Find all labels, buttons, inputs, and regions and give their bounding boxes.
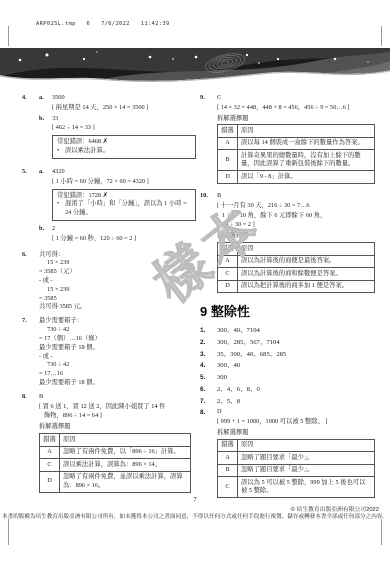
mistake-table-title: 拆解選擇題 xyxy=(39,423,196,432)
part-label: a. xyxy=(39,94,52,114)
print-job-header: ARP02SL.tmp 6 7/6/2022 11:42:39 xyxy=(36,21,170,27)
answer-value: D xyxy=(217,408,380,417)
worked-solution: 共可得： 15 × 239 = 3585（元） - 或 - 15 × 239 =… xyxy=(39,251,196,313)
option-cell: D xyxy=(218,171,238,184)
section-item: 1. 300、40、7104 xyxy=(200,326,380,335)
reason-cell: 忽略了有兩件免費，以「896 ÷ 16」計算。 xyxy=(60,446,191,459)
mistake-table-title: 拆解選擇題 xyxy=(217,232,380,241)
table-row: C 誤以為 5 可以被 5 整除，999 加上 5 後也可以被 5 整除。 xyxy=(218,477,375,498)
common-mistake-box: 常犯錯誤：1728 ✗ •混淆了「小時」和「分鐘」，誤以為 1 小時 = 24 … xyxy=(52,189,196,221)
question-number: 10. xyxy=(200,192,217,296)
question-10: 10. B [ 十一月有 30 天，216 ÷ 30 = 7…6 1 元 = 1… xyxy=(200,192,380,296)
reason-cell: 忽略了題目要求「最少」。 xyxy=(238,452,375,465)
mistake-table-q9: 錯選 原因 A 誤以每 14 個裝成一盒餘下的數量作為答案。 B 計算奇異果的總… xyxy=(217,124,375,184)
common-mistake-box: 常犯錯誤：6468 ✗ •誤以乘法計算。 xyxy=(52,135,196,159)
answer-value: 300、285、567、7104 xyxy=(217,338,280,347)
work-line: 15 × 239 xyxy=(39,259,196,268)
work-line: = 17…16 xyxy=(39,370,196,379)
question-5: 5. a. 4320 [ 1 小時 = 60 分鐘，72 × 60 = 4320… xyxy=(22,168,196,246)
option-cell: C xyxy=(218,268,238,281)
work-line: 15 × 239 xyxy=(39,286,196,295)
question-number: 5. xyxy=(22,168,39,246)
solution-note: 60 ÷ 30 = 2 ] xyxy=(217,221,380,230)
question-9: 9. C [ 14 × 32 = 448，448 + 8 = 456，456 ÷… xyxy=(200,94,380,187)
option-cell: A xyxy=(218,452,238,465)
mistake-table-q8: 錯選 原因 A 忽略了有兩件免費，以「896 ÷ 16」計算。 C 誤以乘法計算… xyxy=(39,433,191,493)
decorative-starry-banner xyxy=(0,46,390,88)
solution-note: [ 買 6 送 1，買 12 送 2，因此陳小姐買了 14 件 xyxy=(39,403,196,412)
reason-cell: 誤以每 14 個裝成一盒餘下的數量作為答案。 xyxy=(238,137,375,150)
question-8: 8. B [ 買 6 送 1，買 12 送 2，因此陳小姐買了 14 件 飾物，… xyxy=(22,393,196,496)
work-line: = 3585（元） xyxy=(39,268,196,277)
section-item: 7. 2、5、8 xyxy=(200,397,380,406)
column-header: 原因 xyxy=(238,243,375,256)
work-line: = 17（個）…16（條） xyxy=(39,335,196,344)
part-a: a. 4320 [ 1 小時 = 60 分鐘，72 × 60 = 4320 ] … xyxy=(39,168,196,224)
question-number: 4. xyxy=(22,94,39,163)
column-header: 原因 xyxy=(238,125,375,138)
crop-mark xyxy=(8,26,9,46)
question-number: 7. xyxy=(22,317,39,388)
mistake-text: 混淆了「小時」和「分鐘」，誤以為 1 小時 = 24 分鐘。 xyxy=(65,200,191,218)
answer-value: B xyxy=(39,393,196,402)
page-number: 7 xyxy=(0,496,390,504)
column-header: 錯選 xyxy=(218,125,238,138)
question-number: 4. xyxy=(200,361,217,370)
answer-value: C xyxy=(217,94,380,103)
column-header: 原因 xyxy=(238,439,375,452)
option-cell: D xyxy=(218,280,238,293)
section-item: 8. D [ 999 + 1 = 1000，1000 可以被 5 整除。 ] 拆… xyxy=(200,408,380,501)
work-line: 共可得 3585 元。 xyxy=(39,303,196,312)
reason-cell: 誤以「9 - 8」計算。 xyxy=(238,171,375,184)
worked-solution: 最少需要箱子： 730 ÷ 42 = 17（個）…16（條） 最少需要箱子 18… xyxy=(39,317,196,388)
solution-note: [ 14 × 32 = 448，448 + 8 = 456，456 ÷ 9 = … xyxy=(217,104,380,113)
reason-cell: 誤以乘法計算，誤算為：896 × 14。 xyxy=(60,459,191,472)
legal-notice: 本書的版權為培生教育出版亞洲有限公司所有，如未獲得本公司之書面同意，不得以任何方… xyxy=(0,512,390,520)
reason-cell: 誤以為計算後的商和餘數便是答案。 xyxy=(238,268,375,281)
table-header-row: 錯選 原因 xyxy=(218,243,375,256)
table-row: A 忽略了題目要求「最少」。 xyxy=(218,452,375,465)
work-line: - 或 - xyxy=(39,277,196,286)
reason-cell: 誤以為 5 可以被 5 整除，999 加上 5 後也可以被 5 整除。 xyxy=(238,477,375,498)
part-a: a. 3500 [ 兩星期是 14 天，250 × 14 = 3500 ] xyxy=(39,94,196,114)
option-cell: B xyxy=(218,150,238,171)
section-title: 9 整除性 xyxy=(200,303,380,321)
table-row: A 誤以每 14 個裝成一盒餘下的數量作為答案。 xyxy=(218,137,375,150)
mistake-table-q10: 錯選 原因 A 誤以為計算後的商便是最後答案。 C 誤以為計算後的商和餘數便是答… xyxy=(217,242,375,293)
answer-value: 300 xyxy=(217,373,227,382)
part-b: b. 33 [ 462 ÷ 14 = 33 ] 常犯錯誤：6468 ✗ •誤以乘… xyxy=(39,115,196,162)
table-header-row: 錯選 原因 xyxy=(218,125,375,138)
solution-note: [ 1 小時 = 60 分鐘，72 × 60 = 4320 ] xyxy=(52,178,196,187)
answer-value: 2 xyxy=(52,225,196,234)
part-b: b. 2 [ 1 分鐘 = 60 秒，120 ÷ 60 = 2 ] xyxy=(39,225,196,245)
answer-value: 300、40、7104 xyxy=(217,326,260,335)
mistake-table-title: 拆解選擇題 xyxy=(217,115,380,124)
question-number: 1. xyxy=(200,326,217,335)
option-cell: A xyxy=(218,255,238,268)
right-column: 9. C [ 14 × 32 = 448，448 + 8 = 456，456 ÷… xyxy=(200,94,380,504)
option-cell: C xyxy=(218,477,238,498)
question-number: 7. xyxy=(200,397,217,406)
bullet-icon: • xyxy=(57,200,65,218)
question-7: 7. 最少需要箱子： 730 ÷ 42 = 17（個）…16（條） 最少需要箱子… xyxy=(22,317,196,388)
table-row: C 誤以為計算後的商和餘數便是答案。 xyxy=(218,268,375,281)
section-item: 5. 300 xyxy=(200,373,380,382)
part-label: a. xyxy=(39,168,52,224)
crop-mark xyxy=(8,519,9,545)
answer-value: B xyxy=(217,192,380,201)
question-number: 8. xyxy=(22,393,39,496)
mistake-table-sec9-q8: 錯選 原因 A 忽略了題目要求「最少」。 B 忽略了題目要求「最少」。 C 誤以… xyxy=(217,439,375,499)
table-row: D 忽略了有兩件免費，並誤以乘法計算，誤算為：896 × 16。 xyxy=(40,471,191,492)
reason-cell: 誤以為計算後的商便是最後答案。 xyxy=(238,255,375,268)
crop-mark xyxy=(381,26,382,46)
reason-cell: 誤以為把計算後的商多加 1 便是答案。 xyxy=(238,280,375,293)
table-row: D 誤以「9 - 8」計算。 xyxy=(218,171,375,184)
section-item: 2. 300、285、567、7104 xyxy=(200,338,380,347)
bullet-icon: • xyxy=(57,147,65,156)
question-4: 4. a. 3500 [ 兩星期是 14 天，250 × 14 = 3500 ]… xyxy=(22,94,196,163)
answer-value: 3500 xyxy=(52,94,196,103)
section-item: 4. 300、40 xyxy=(200,361,380,370)
table-row: B 忽略了題目要求「最少」。 xyxy=(218,464,375,477)
work-line: 最少需要箱子： xyxy=(39,317,196,326)
work-line: 最少需要箱子 18 個。 xyxy=(39,344,196,353)
work-line: 最少需要箱子 18 個。 xyxy=(39,379,196,388)
option-cell: D xyxy=(40,471,60,492)
table-header-row: 錯選 原因 xyxy=(40,434,191,447)
option-cell: B xyxy=(218,464,238,477)
column-header: 錯選 xyxy=(40,434,60,447)
question-number: 3. xyxy=(200,350,217,359)
column-header: 原因 xyxy=(60,434,191,447)
solution-note: [ 十一月有 30 天，216 ÷ 30 = 7…6 xyxy=(217,202,380,211)
question-number: 8. xyxy=(200,408,217,501)
mistake-table-title: 拆解選擇題 xyxy=(217,429,380,438)
workbook-answer-page: ARP02SL.tmp 6 7/6/2022 11:42:39 xyxy=(0,0,390,571)
mistake-title: 常犯錯誤：1728 ✗ xyxy=(57,192,191,201)
option-cell: A xyxy=(40,446,60,459)
answer-value: 35、300、40、685、285 xyxy=(217,350,286,359)
work-line: 730 ÷ 42 xyxy=(39,361,196,370)
answer-value: 33 xyxy=(52,115,196,124)
reason-cell: 忽略了題目要求「最少」。 xyxy=(238,464,375,477)
answer-value: 2、5、8 xyxy=(217,397,240,406)
question-number: 9. xyxy=(200,94,217,187)
work-line: 730 ÷ 42 xyxy=(39,326,196,335)
question-number: 2. xyxy=(200,338,217,347)
table-row: A 忽略了有兩件免費，以「896 ÷ 16」計算。 xyxy=(40,446,191,459)
part-label: b. xyxy=(39,225,52,245)
solution-note: 飾物，896 ÷ 14 = 64 ] xyxy=(39,412,196,421)
solution-note: [ 462 ÷ 14 = 33 ] xyxy=(52,124,196,133)
solution-note: [ 1 分鐘 = 60 秒，120 ÷ 60 = 2 ] xyxy=(52,235,196,244)
question-number: 6. xyxy=(200,385,217,394)
section-item: 6. 2、4、6、8、0 xyxy=(200,385,380,394)
part-label: b. xyxy=(39,115,52,162)
question-6: 6. 共可得： 15 × 239 = 3585（元） - 或 - 15 × 23… xyxy=(22,251,196,313)
option-cell: C xyxy=(40,459,60,472)
column-header: 錯選 xyxy=(218,439,238,452)
answer-value: 4320 xyxy=(52,168,196,177)
crop-mark xyxy=(381,519,382,545)
section-item: 3. 35、300、40、685、285 xyxy=(200,350,380,359)
work-line: 共可得： xyxy=(39,251,196,260)
table-row: B 計算奇異果的總數量時，沒有加上餘下的數量，因此誤算了重新包裝後餘下的數量。 xyxy=(218,150,375,171)
option-cell: A xyxy=(218,137,238,150)
work-line: - 或 - xyxy=(39,353,196,362)
solution-note: [ 999 + 1 = 1000，1000 可以被 5 整除。 ] xyxy=(217,418,380,427)
question-number: 6. xyxy=(22,251,39,313)
question-number: 5. xyxy=(200,373,217,382)
solution-note: [ 兩星期是 14 天，250 × 14 = 3500 ] xyxy=(52,104,196,113)
left-column: 4. a. 3500 [ 兩星期是 14 天，250 × 14 = 3500 ]… xyxy=(22,94,196,501)
table-header-row: 錯選 原因 xyxy=(218,439,375,452)
table-row: A 誤以為計算後的商便是最後答案。 xyxy=(218,255,375,268)
mistake-text: 誤以乘法計算。 xyxy=(65,147,109,156)
reason-cell: 計算奇異果的總數量時，沒有加上餘下的數量，因此誤算了重新包裝後餘下的數量。 xyxy=(238,150,375,171)
answer-value: 2、4、6、8、0 xyxy=(217,385,260,394)
table-row: C 誤以乘法計算，誤算為：896 × 14。 xyxy=(40,459,191,472)
mistake-title: 常犯錯誤：6468 ✗ xyxy=(57,138,191,147)
reason-cell: 忽略了有兩件免費，並誤以乘法計算，誤算為：896 × 16。 xyxy=(60,471,191,492)
table-row: D 誤以為把計算後的商多加 1 便是答案。 xyxy=(218,280,375,293)
column-header: 錯選 xyxy=(218,243,238,256)
answer-value: 300、40 xyxy=(217,361,240,370)
solution-note: 1 元 = 10 角，餘下 6 元即餘下 60 角， xyxy=(217,212,380,221)
